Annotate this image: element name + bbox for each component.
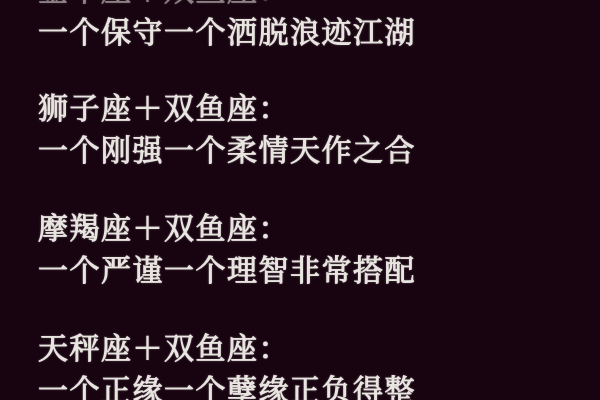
pair-header: 狮子座＋双鱼座： (38, 95, 416, 125)
pair-block-4: 天秤座＋双鱼座： 一个正缘一个孽缘正负得整 (38, 335, 416, 400)
pair-header-cropped: 金牛座＋双鱼座： (38, 0, 416, 7)
pair-description-cropped: 一个正缘一个孽缘正负得整 (38, 377, 416, 400)
pair-header: 摩羯座＋双鱼座： (38, 215, 416, 245)
pair-block-2: 狮子座＋双鱼座： 一个刚强一个柔情天作之合 (38, 95, 416, 167)
pair-header: 天秤座＋双鱼座： (38, 335, 416, 365)
pair-description: 一个刚强一个柔情天作之合 (38, 137, 416, 167)
pair-description: 一个严谨一个理智非常搭配 (38, 257, 416, 287)
pair-block-3: 摩羯座＋双鱼座： 一个严谨一个理智非常搭配 (38, 215, 416, 287)
pair-description: 一个保守一个洒脱浪迹江湖 (38, 19, 416, 49)
pair-block-1: 金牛座＋双鱼座： 一个保守一个洒脱浪迹江湖 (38, 0, 416, 49)
zodiac-pairings-image: 金牛座＋双鱼座： 一个保守一个洒脱浪迹江湖 狮子座＋双鱼座： 一个刚强一个柔情天… (0, 0, 600, 400)
